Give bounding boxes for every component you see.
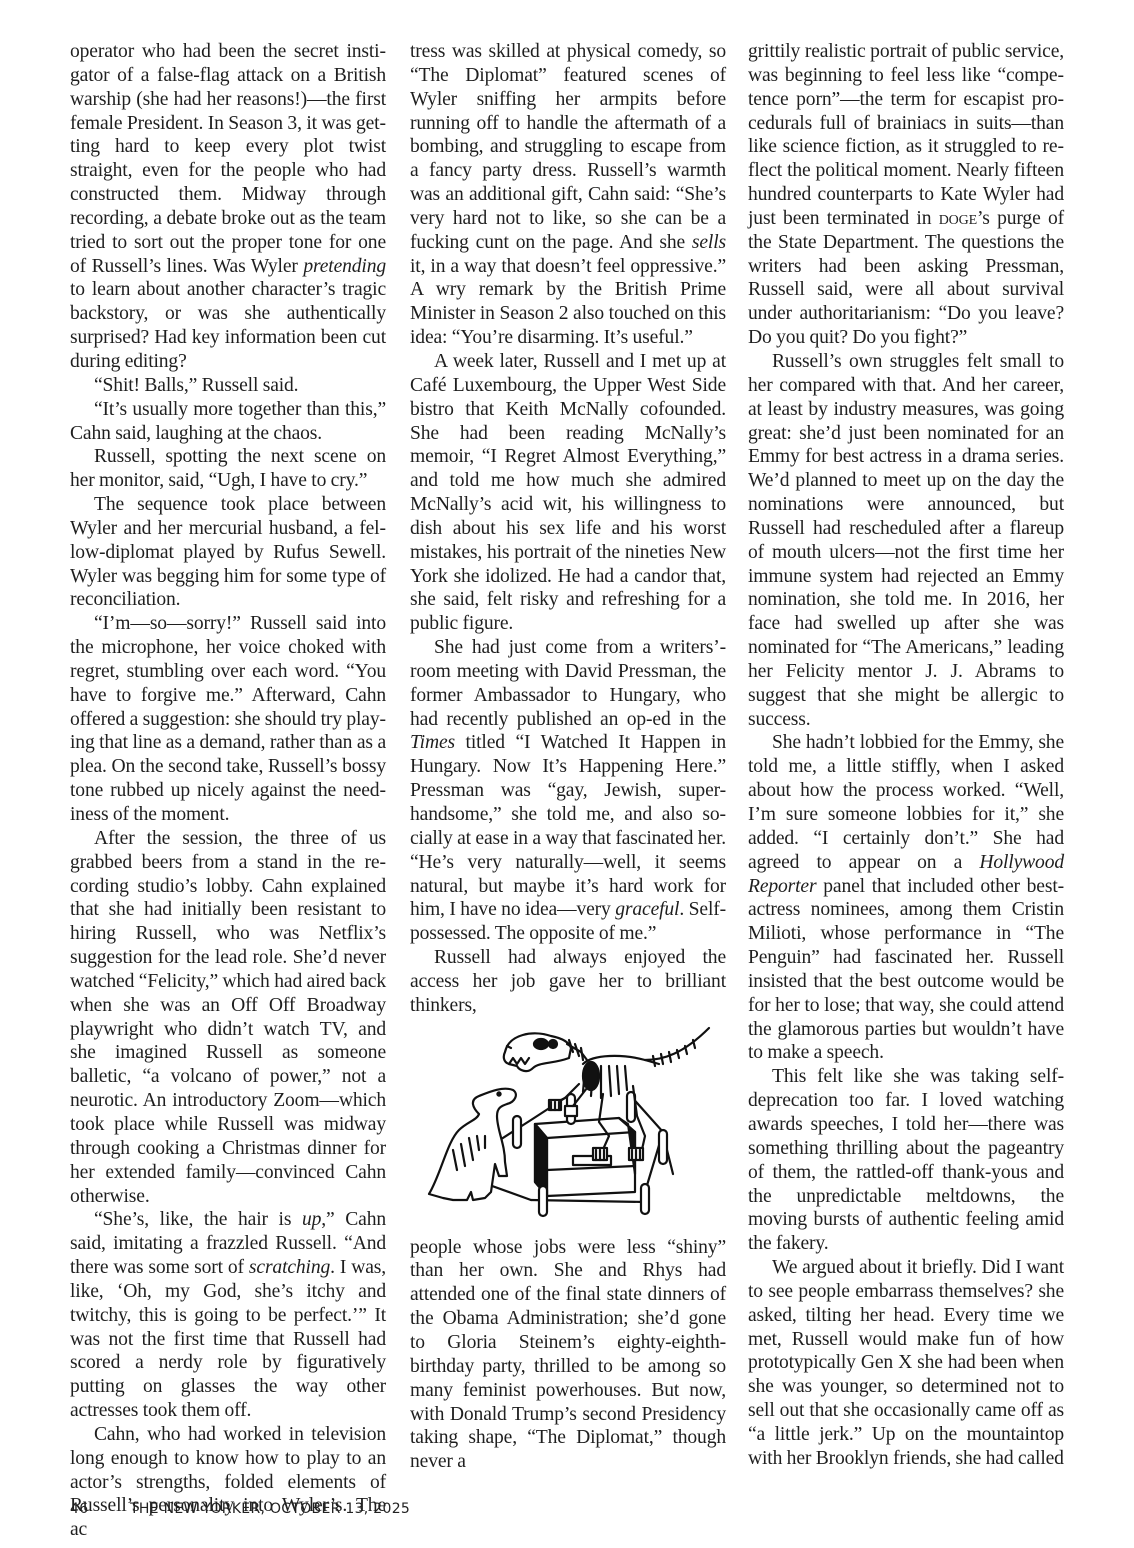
- italic-text: sells: [692, 232, 726, 253]
- paragraph-text: We argued about it briefly. Did I want t…: [748, 1257, 1064, 1469]
- italic-text: Times: [410, 732, 455, 753]
- article-paragraph: This felt like she was taking self-depre…: [748, 1065, 1064, 1256]
- cartoon-illustration: [410, 1024, 726, 1224]
- italic-text: graceful: [615, 899, 679, 920]
- article-paragraph: A week later, Russell and I met up at Ca…: [410, 350, 726, 636]
- paragraph-text: panel that included other best-actress n…: [748, 876, 1064, 1064]
- article-column-3: grittily realistic portrait of public se…: [748, 40, 1064, 1471]
- page-folio: 46THE NEW YORKER, OCTOBER 13, 2025: [70, 1501, 410, 1517]
- article-paragraph: “She’s, like, the hair is up,” Cahn said…: [70, 1208, 386, 1423]
- paragraph-text: The sequence took place between Wyler an…: [70, 494, 386, 610]
- article-paragraph: She had just come from a writers’-room m…: [410, 636, 726, 946]
- paragraph-text: people whose jobs were less “shiny” than…: [410, 1237, 726, 1473]
- article-paragraph: people whose jobs were less “shiny” than…: [410, 1236, 726, 1474]
- paragraph-text: it, in a way that doesn’t feel oppressiv…: [410, 256, 726, 349]
- paragraph-text: A week later, Russell and I met up at Ca…: [410, 351, 726, 634]
- publication-line: THE NEW YORKER, OCTOBER 13, 2025: [130, 1501, 410, 1517]
- paragraph-text: Russell, spotting the next scene on her …: [70, 446, 386, 491]
- paragraph-text: After the session, the three of us grabb…: [70, 828, 386, 1207]
- paragraph-text: . I was, like, ‘Oh, my God, she’s itchy …: [70, 1257, 386, 1421]
- paragraph-text: grittily realistic portrait of public se…: [748, 41, 1064, 229]
- article-paragraph: Cahn, who had worked in television long …: [70, 1423, 386, 1542]
- italic-text: up: [302, 1209, 321, 1230]
- article-paragraph: We argued about it briefly. Did I want t…: [748, 1256, 1064, 1471]
- article-column-2-bottom-text: people whose jobs were less “shiny” than…: [410, 1236, 726, 1474]
- article-paragraph: Russell’s own struggles felt small to he…: [748, 350, 1064, 732]
- italic-text: scratching: [249, 1257, 330, 1278]
- paragraph-text: This felt like she was taking self-depre…: [748, 1066, 1064, 1254]
- article-paragraph: operator who had been the secret insti­g…: [70, 40, 386, 374]
- paragraph-text: operator who had been the secret insti­g…: [70, 41, 386, 277]
- paragraph-text: tress was skilled at physical comedy, so…: [410, 41, 726, 253]
- paragraph-text: to learn about another character’s tragi…: [70, 279, 386, 372]
- article-paragraph: grittily realistic portrait of public se…: [748, 40, 1064, 350]
- paragraph-text: Cahn, who had worked in television long …: [70, 1424, 386, 1540]
- article-paragraph: “Shit! Balls,” Russell said.: [70, 374, 386, 398]
- article-column-2: tress was skilled at physical comedy, so…: [410, 40, 726, 1474]
- page-number: 46: [70, 1501, 130, 1517]
- paragraph-text: titled “I Watched It Hap­pen in Hungary.…: [410, 732, 726, 920]
- italic-text: pretending: [303, 256, 386, 277]
- paragraph-text: “It’s usually more together than this,” …: [70, 399, 386, 444]
- small-caps-text: DOGE: [939, 208, 977, 229]
- paragraph-text: “I’m—so—sorry!” Russell said into the mi…: [70, 613, 386, 825]
- paragraph-text: “Shit! Balls,” Russell said.: [94, 375, 298, 396]
- article-paragraph: After the session, the three of us grabb…: [70, 827, 386, 1209]
- article-paragraph: Russell had always enjoyed the access he…: [410, 946, 726, 1018]
- dinosaur-skeleton-cartoon-icon: [423, 1024, 713, 1220]
- article-column-1: operator who had been the secret insti­g…: [70, 40, 386, 1542]
- paragraph-text: Russell’s own struggles felt small to he…: [748, 351, 1064, 730]
- paragraph-text: “She’s, like, the hair is: [94, 1209, 302, 1230]
- article-paragraph: tress was skilled at physical comedy, so…: [410, 40, 726, 350]
- article-paragraph: She hadn’t lobbied for the Emmy, she tol…: [748, 731, 1064, 1065]
- paragraph-text: She had just come from a writers’-room m…: [410, 637, 726, 730]
- article-paragraph: “It’s usually more together than this,” …: [70, 398, 386, 446]
- article-paragraph: The sequence took place between Wyler an…: [70, 493, 386, 612]
- article-column-2-top-text: tress was skilled at physical comedy, so…: [410, 40, 726, 1018]
- article-paragraph: Russell, spotting the next scene on her …: [70, 445, 386, 493]
- paragraph-text: Russell had always enjoyed the access he…: [410, 947, 726, 1016]
- article-paragraph: “I’m—so—sorry!” Russell said into the mi…: [70, 612, 386, 827]
